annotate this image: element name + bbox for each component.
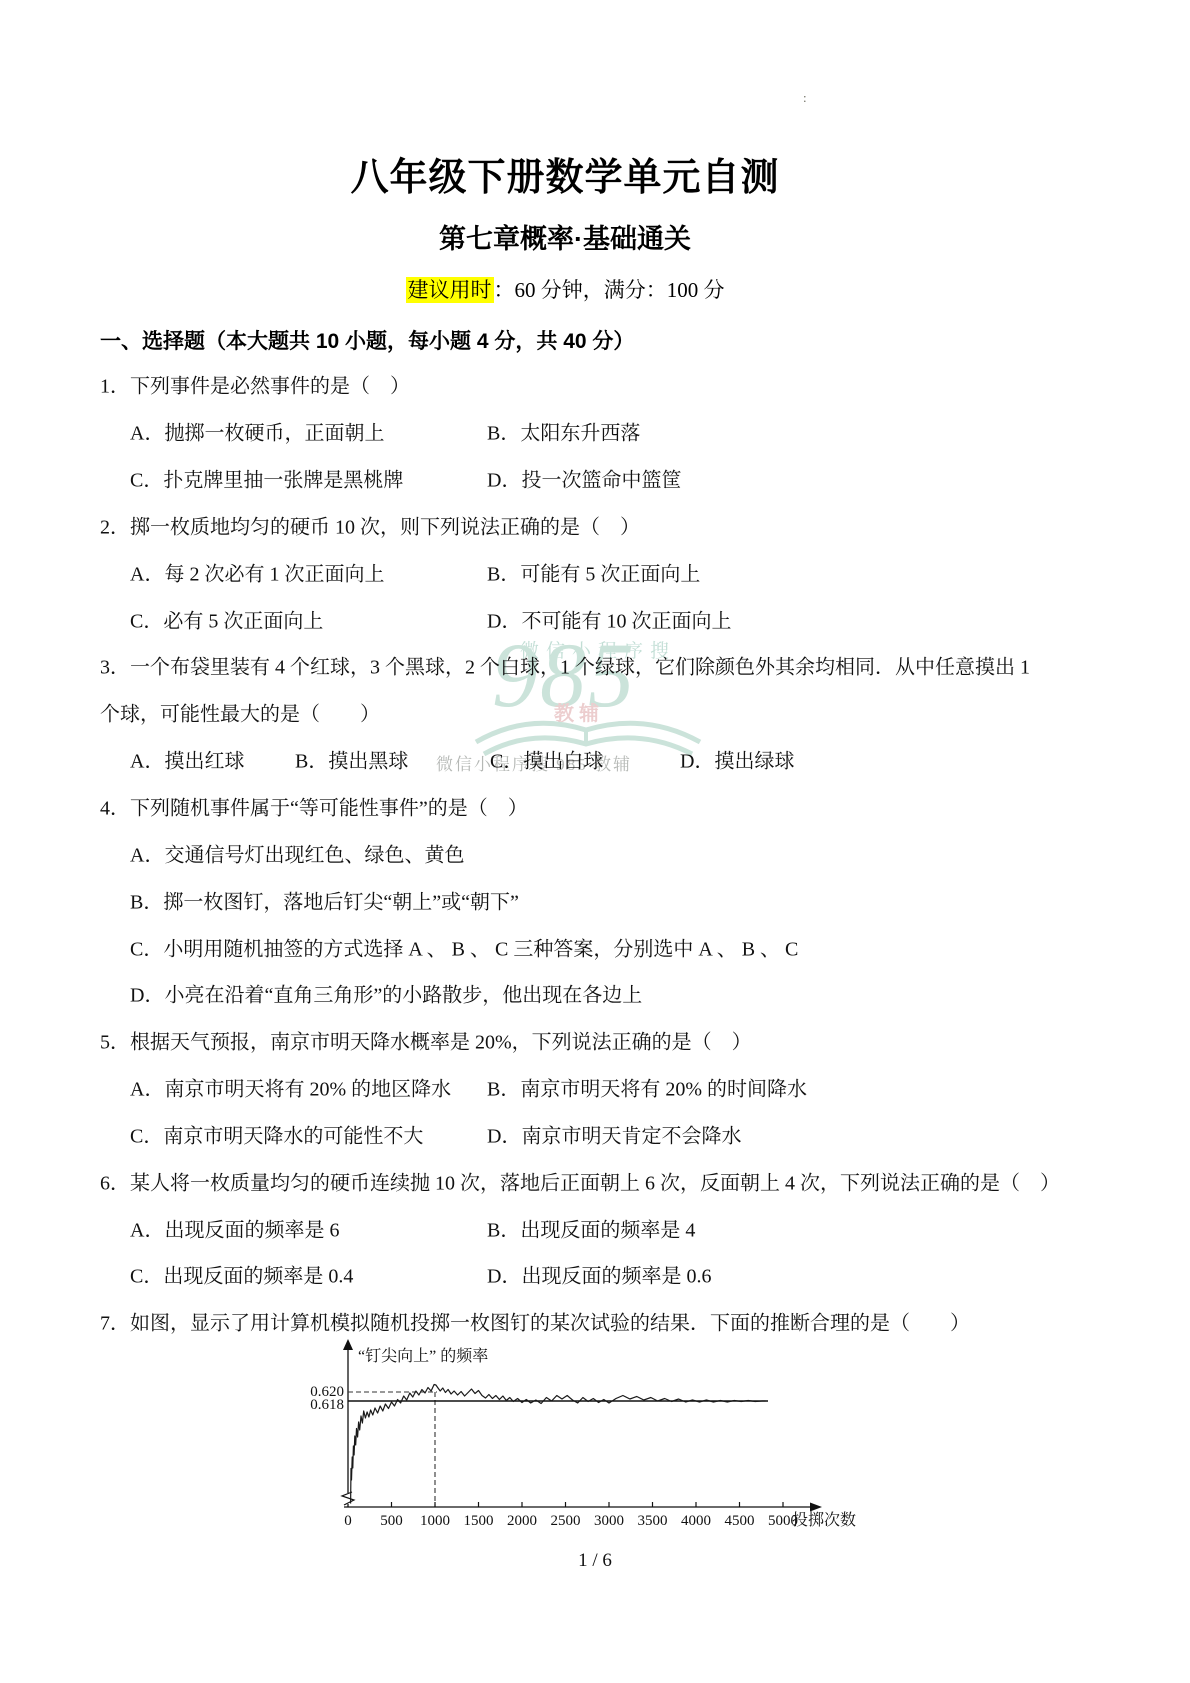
q6-option-a: A．出现反面的频率是 6 — [130, 1213, 339, 1242]
q2-options-cd: C．必有 5 次正面向上D．不可能有 10 次正面向上 — [0, 595, 1190, 642]
q3-option-b: B．摸出黑球 — [295, 745, 408, 774]
q1-stem-line: 1．下列事件是必然事件的是（ ） — [0, 361, 1190, 408]
q4-option-b-line: B．掷一枚图钉，落地后钉尖“朝上”或“朝下” — [0, 876, 1190, 923]
q3-stem-line1: 3．一个布袋里装有 4 个红球，3 个黑球，2 个白球，1 个绿球，它们除颜色外… — [0, 642, 1190, 689]
q3-stem-part1: 3．一个布袋里装有 4 个红球，3 个黑球，2 个白球，1 个绿球，它们除颜色外… — [100, 651, 1030, 680]
q2-option-a: A．每 2 次必有 1 次正面向上 — [130, 557, 384, 586]
q2-options-ab: A．每 2 次必有 1 次正面向上B．可能有 5 次正面向上 — [0, 548, 1190, 595]
q2-stem-line: 2．掷一枚质地均匀的硬币 10 次，则下列说法正确的是（ ） — [0, 502, 1190, 549]
q2-option-c: C．必有 5 次正面向上 — [130, 604, 323, 633]
q6-stem-line: 6．某人将一枚质量均匀的硬币连续抛 10 次，落地后正面朝上 6 次，反面朝上 … — [0, 1157, 1190, 1204]
q5-options-cd: C．南京市明天降水的可能性不大D．南京市明天肯定不会降水 — [0, 1111, 1190, 1158]
q2-option-b: B．可能有 5 次正面向上 — [487, 557, 700, 586]
q7-stem: 7．如图，显示了用计算机模拟随机投掷一枚图钉的某次试验的结果．下面的推断合理的是… — [100, 1307, 970, 1336]
q5-option-d: D．南京市明天肯定不会降水 — [487, 1119, 741, 1148]
y-axis-break-icon — [342, 1492, 354, 1505]
q1-options-ab: A．抛掷一枚硬币，正面朝上B．太阳东升西落 — [0, 408, 1190, 455]
x-tick-label: 2000 — [507, 1513, 537, 1529]
q2-stem: 2．掷一枚质地均匀的硬币 10 次，则下列说法正确的是（ ） — [100, 510, 640, 539]
q5-option-a: A．南京市明天将有 20% 的地区降水 — [130, 1073, 451, 1102]
q4-option-a-line: A．交通信号灯出现红色、绿色、黄色 — [0, 829, 1190, 876]
q6-options-ab: A．出现反面的频率是 6B．出现反面的频率是 4 — [0, 1204, 1190, 1251]
q5-option-c: C．南京市明天降水的可能性不大 — [130, 1119, 423, 1148]
x-tick-group: 0500100015002000250030003500400045005000 — [344, 1502, 798, 1529]
x-tick-label: 500 — [380, 1513, 403, 1529]
q1-stem: 1．下列事件是必然事件的是（ ） — [100, 370, 410, 399]
y-tick-label-0618: 0.618 — [310, 1397, 344, 1413]
q3-option-a: A．摸出红球 — [130, 745, 244, 774]
x-tick-label: 3000 — [594, 1513, 624, 1529]
q6-option-b: B．出现反面的频率是 4 — [487, 1213, 695, 1242]
exam-page: : 八年级下册数学单元自测 第七章概率·基础通关 建议用时：60 分钟，满分：1… — [0, 0, 1190, 1683]
suggested-time-highlight: 建议用时 — [406, 277, 494, 303]
q3-options: A．摸出红球B．摸出黑球C．摸出白球D．摸出绿球 — [0, 736, 1190, 783]
document-header: 八年级下册数学单元自测 第七章概率·基础通关 建议用时：60 分钟，满分：100… — [100, 0, 1030, 304]
q3-stem-line2: 个球，可能性最大的是（ ） — [0, 689, 1190, 736]
x-tick-label: 0 — [344, 1513, 352, 1529]
q1-option-c: C．扑克牌里抽一张牌是黑桃牌 — [130, 464, 403, 493]
q1-option-b: B．太阳东升西落 — [487, 417, 640, 446]
q4-option-b: B．掷一枚图钉，落地后钉尖“朝上”或“朝下” — [130, 885, 519, 914]
page-subtitle: 第七章概率·基础通关 — [100, 217, 1030, 256]
section-heading-choice: 一、选择题（本大题共 10 小题，每小题 4 分，共 40 分） — [100, 325, 634, 355]
x-tick-label: 1500 — [464, 1513, 494, 1529]
x-tick-label: 4500 — [725, 1513, 755, 1529]
q6-option-c: C．出现反面的频率是 0.4 — [130, 1260, 353, 1289]
x-tick-label: 2500 — [551, 1513, 581, 1529]
x-tick-label: 5000 — [768, 1513, 798, 1529]
x-tick-label: 1000 — [420, 1513, 450, 1529]
page-title: 八年级下册数学单元自测 — [100, 146, 1030, 201]
q1-option-a: A．抛掷一枚硬币，正面朝上 — [130, 417, 384, 446]
q3-option-c: C．摸出白球 — [490, 745, 603, 774]
q4-option-a: A．交通信号灯出现红色、绿色、黄色 — [130, 838, 464, 867]
q4-stem-line: 4．下列随机事件属于“等可能性事件”的是（ ） — [0, 783, 1190, 830]
q2-option-d: D．不可能有 10 次正面向上 — [487, 604, 731, 633]
frequency-chart: 0.620 0.618 “钉尖向上” 的频率 投掷次数 050010001500… — [280, 1335, 860, 1535]
exam-meta: 建议用时：60 分钟，满分：100 分 — [100, 274, 1030, 304]
q3-stem-part2: 个球，可能性最大的是（ ） — [100, 698, 380, 727]
x-axis-arrow — [810, 1503, 822, 1512]
q1-option-d: D．投一次篮命中篮筐 — [487, 464, 681, 493]
q3-option-d: D．摸出绿球 — [680, 745, 794, 774]
q5-stem: 5．根据天气预报，南京市明天降水概率是 20%，下列说法正确的是（ ） — [100, 1026, 752, 1055]
question-list: 1．下列事件是必然事件的是（ ） A．抛掷一枚硬币，正面朝上B．太阳东升西落 C… — [0, 361, 1190, 1345]
q6-stem: 6．某人将一枚质量均匀的硬币连续抛 10 次，落地后正面朝上 6 次，反面朝上 … — [100, 1166, 1060, 1195]
q6-options-cd: C．出现反面的频率是 0.4D．出现反面的频率是 0.6 — [0, 1251, 1190, 1298]
q4-option-d: D．小亮在沿着“直角三角形”的小路散步，他出现在各边上 — [130, 979, 642, 1008]
q4-option-c-line: C．小明用随机抽签的方式选择 A 、 B 、 C 三种答案，分别选中 A 、 B… — [0, 923, 1190, 970]
chart-title: “钉尖向上” 的频率 — [358, 1347, 488, 1365]
page-number: 1 / 6 — [0, 1550, 1190, 1572]
frequency-curve — [351, 1385, 766, 1504]
q4-option-d-line: D．小亮在沿着“直角三角形”的小路散步，他出现在各边上 — [0, 970, 1190, 1017]
q5-options-ab: A．南京市明天将有 20% 的地区降水B．南京市明天将有 20% 的时间降水 — [0, 1064, 1190, 1111]
q4-stem: 4．下列随机事件属于“等可能性事件”的是（ ） — [100, 792, 528, 821]
q5-stem-line: 5．根据天气预报，南京市明天降水概率是 20%，下列说法正确的是（ ） — [0, 1017, 1190, 1064]
x-tick-label: 4000 — [681, 1513, 711, 1529]
x-tick-label: 3500 — [638, 1513, 668, 1529]
q6-option-d: D．出现反面的频率是 0.6 — [487, 1260, 711, 1289]
q4-option-c: C．小明用随机抽签的方式选择 A 、 B 、 C 三种答案，分别选中 A 、 B… — [130, 932, 798, 961]
exam-meta-rest: ：60 分钟，满分：100 分 — [494, 278, 725, 302]
q1-options-cd: C．扑克牌里抽一张牌是黑桃牌D．投一次篮命中篮筐 — [0, 455, 1190, 502]
q5-option-b: B．南京市明天将有 20% 的时间降水 — [487, 1073, 807, 1102]
x-axis-label: 投掷次数 — [792, 1511, 856, 1529]
